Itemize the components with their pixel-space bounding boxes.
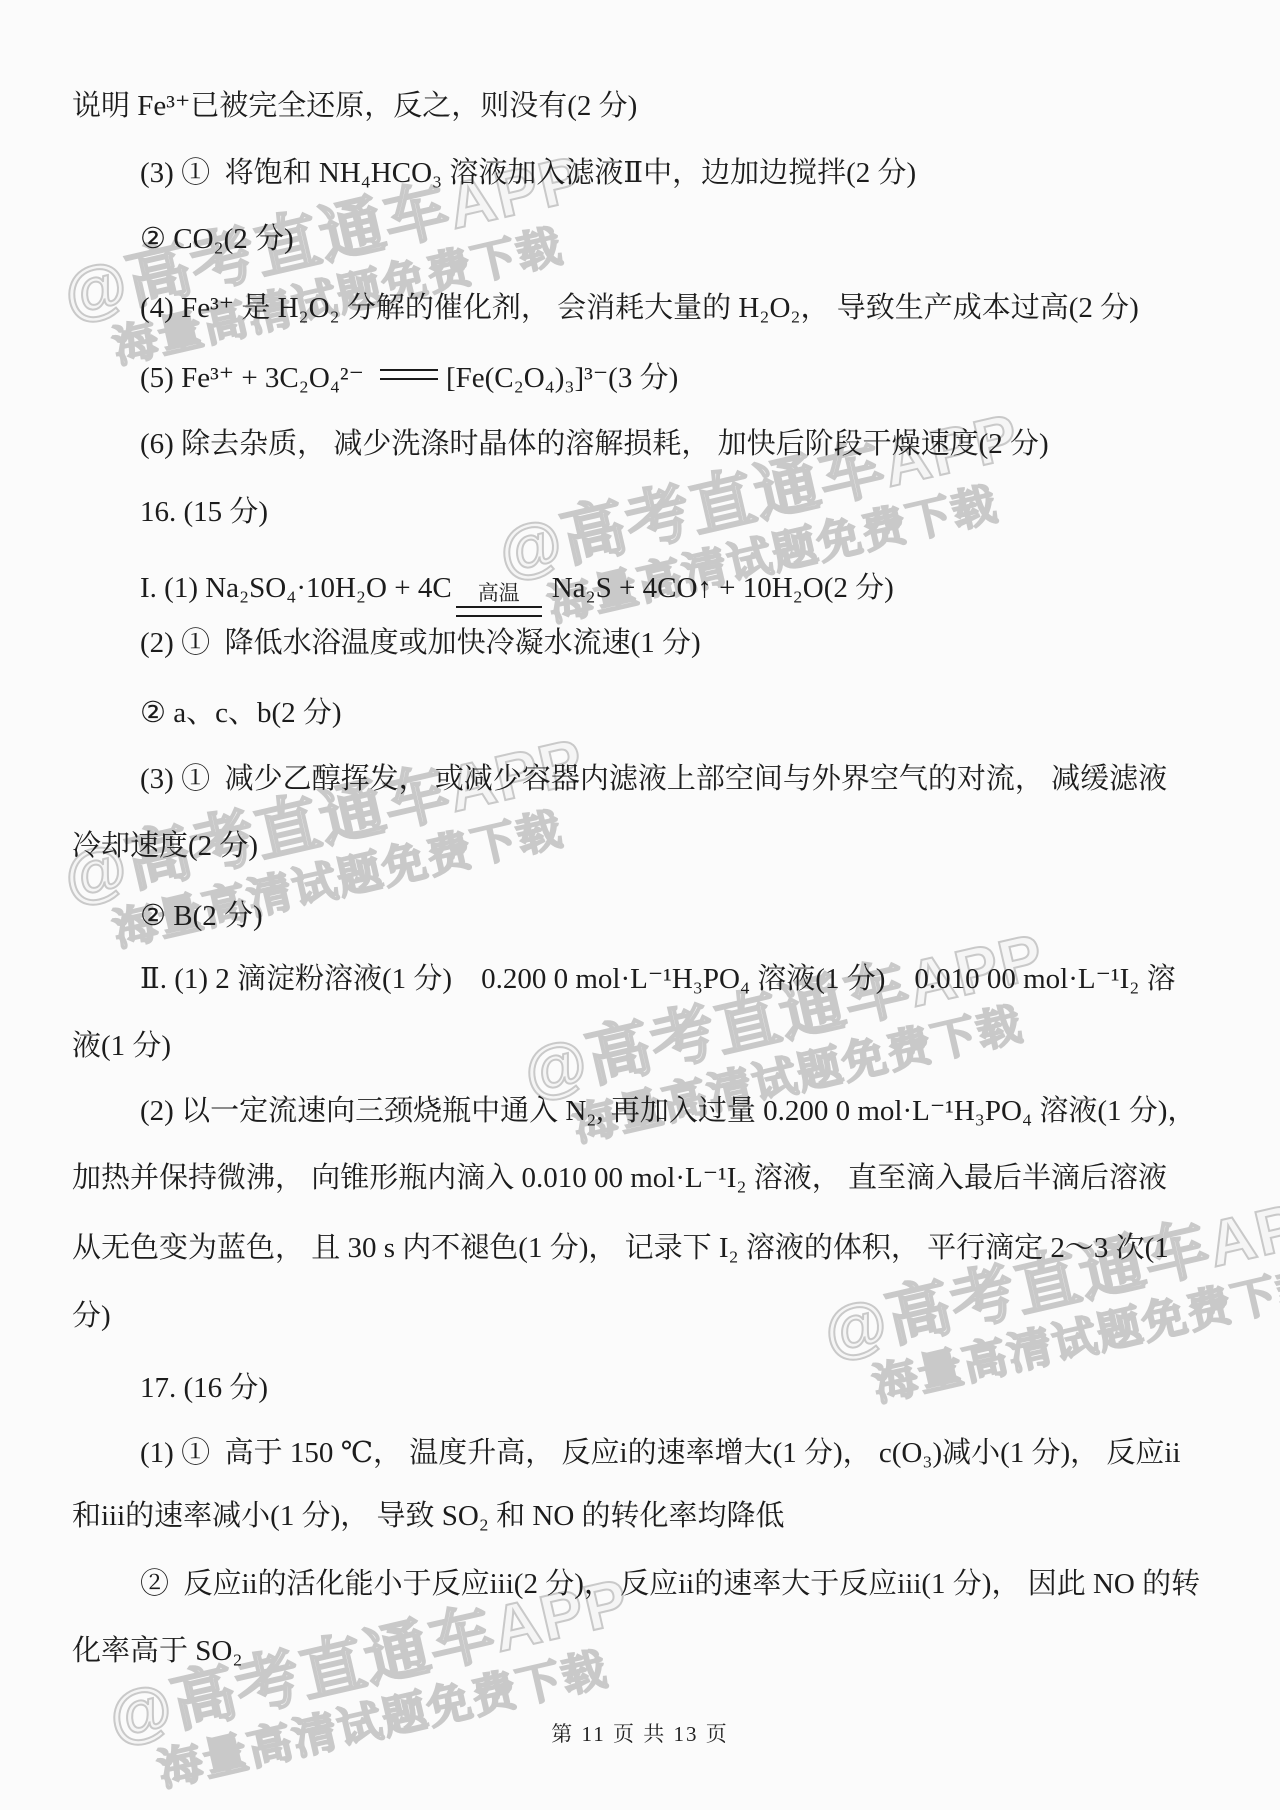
reaction-condition-label: 高温 <box>478 583 520 606</box>
answer-line-q15-6: (6) 除去杂质， 减少洗涤时晶体的溶解损耗， 加快后阶段干燥速度(2 分) <box>140 428 1049 461</box>
equation-right: [Fe(C₂O₄)₃]³⁻(3 分) <box>446 362 678 394</box>
watermark: @高考直通车APP 海量高清试题免费下载 <box>817 1180 1280 1419</box>
answer-line-q16-II-1-cont: 液(1 分) <box>72 1030 171 1063</box>
page-number-footer: 第 11 页 共 13 页 <box>0 1718 1280 1748</box>
watermark-line2: 海量高清试题免费下载 <box>109 806 568 957</box>
answer-line-q16-II-2: (2) 以一定流速向三颈烧瓶中通入 N₂, 再加入过量 0.200 0 mol·… <box>140 1095 1196 1128</box>
answer-line-q16-1-equation: I. (1) Na₂SO₄·10H₂O + 4C高温Na₂S + 4CO↑ + … <box>140 572 894 617</box>
answer-line-q15-3-2: ② CO₂(2 分) <box>140 223 294 256</box>
answer-line-q16-2-1: (2) ① 降低水浴温度或加快冷凝水流速(1 分) <box>140 627 701 660</box>
answer-line-q17-1-1: (1) ① 高于 150 ℃， 温度升高， 反应i的速率增大(1 分)， c(O… <box>140 1437 1181 1470</box>
answer-line-q15-3-1: (3) ① 将饱和 NH₄HCO₃ 溶液加入滤液Ⅱ中，边加边搅拌(2 分) <box>140 157 916 190</box>
equation-right: Na₂S + 4CO↑ + 10H₂O(2 分) <box>552 572 894 604</box>
equation-left: (5) Fe³⁺ + 3C₂O₄²⁻ <box>140 362 364 394</box>
answer-line-q16-3-1-cont: 冷却速度(2 分) <box>72 830 258 863</box>
question-16-header: 16. (15 分) <box>140 496 268 529</box>
answer-line-q16-II-2-cont1: 加热并保持微沸， 向锥形瓶内滴入 0.010 00 mol·L⁻¹I₂ 溶液， … <box>72 1162 1167 1195</box>
question-17-header: 17. (16 分) <box>140 1372 268 1405</box>
watermark-line2: 海量高清试题免费下载 <box>569 1001 1028 1152</box>
double-bond-equals-sign <box>380 369 438 380</box>
answer-line-q16-II-2-cont3: 分) <box>72 1300 111 1333</box>
answer-line-q15-4: (4) Fe³⁺ 是 H₂O₂ 分解的催化剂， 会消耗大量的 H₂O₂， 导致生… <box>140 292 1139 325</box>
double-bond-equals-sign <box>456 606 542 617</box>
reaction-condition-sign: 高温 <box>456 583 542 617</box>
equation-left: I. (1) Na₂SO₄·10H₂O + 4C <box>140 572 452 604</box>
answer-line-q15-5-equation: (5) Fe³⁺ + 3C₂O₄²⁻[Fe(C₂O₄)₃]³⁻(3 分) <box>140 362 678 395</box>
answer-line-q16-3-1: (3) ① 减少乙醇挥发， 或减少容器内滤液上部空间与外界空气的对流， 减缓滤液 <box>140 763 1167 796</box>
watermark-line2: 海量高清试题免费下载 <box>869 1261 1280 1412</box>
answer-line-q17-1-1-cont: 和iii的速率减小(1 分)， 导致 SO₂ 和 NO 的转化率均降低 <box>72 1500 785 1533</box>
answer-line-q16-3-2: ② B(2 分) <box>140 900 263 933</box>
answer-line-q17-1-2-cont: 化率高于 SO₂ <box>72 1635 242 1668</box>
answer-line-q16-II-2-cont2: 从无色变为蓝色， 且 30 s 内不褪色(1 分)， 记录下 I₂ 溶液的体积，… <box>72 1232 1169 1265</box>
watermark-line1: @高考直通车APP <box>817 1180 1280 1368</box>
answer-line-q16-II-1: Ⅱ. (1) 2 滴淀粉溶液(1 分) 0.200 0 mol·L⁻¹H₃PO₄… <box>140 963 1176 996</box>
answer-line-q16-2-2: ② a、c、b(2 分) <box>140 697 342 730</box>
answer-line-q15-carryover: 说明 Fe³⁺已被完全还原，反之，则没有(2 分) <box>72 90 637 123</box>
watermark-line1: @高考直通车APP <box>57 725 591 913</box>
exam-answer-page: @高考直通车APP 海量高清试题免费下载 @高考直通车APP 海量高清试题免费下… <box>0 0 1280 1810</box>
watermark-line1: @高考直通车APP <box>517 920 1051 1108</box>
answer-line-q17-1-2: ② 反应ii的活化能小于反应iii(2 分)， 反应ii的速率大于反应iii(1… <box>140 1568 1200 1601</box>
